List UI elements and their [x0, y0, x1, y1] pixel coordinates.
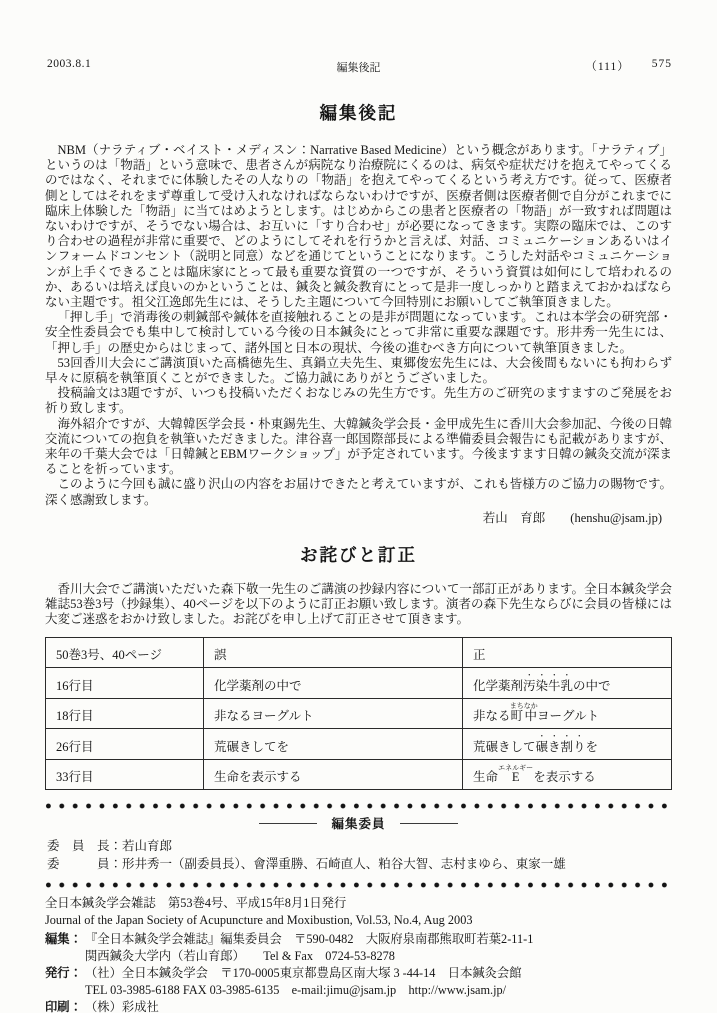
- page-number: 575: [652, 58, 672, 74]
- dotted-separator: [45, 802, 672, 810]
- row-line-number: 26行目: [46, 729, 204, 760]
- colophon-row: 関西鍼灸大学内（若山育郎） Tel & Fax 0724-53-8278: [45, 948, 672, 965]
- editorial-paragraph: 53回香川大会にご講演頂いた高橋徳先生、真鍋立夫先生、東郷俊宏先生には、大会後間…: [45, 356, 672, 386]
- running-head: 2003.8.1 編集後記 （111） 575: [45, 58, 672, 74]
- colophon-row: 全日本鍼灸学会雑誌 第53巻4号、平成15年8月1日発行: [45, 895, 672, 912]
- editorial-body: NBM（ナラティブ・ベイスト・メディスン：Narrative Based Med…: [45, 143, 672, 508]
- colophon-row: 印刷： （株）彩成社: [45, 999, 672, 1013]
- running-head-title: 編集後記: [45, 59, 672, 75]
- table-header-right: 正: [463, 638, 672, 668]
- colophon-journal-jp: 全日本鍼灸学会雑誌 第53巻4号、平成15年8月1日発行: [45, 895, 346, 912]
- colophon-printer-name: （株）彩成社: [85, 999, 159, 1013]
- row-wrong-text: 生命を表示する: [204, 760, 463, 790]
- colophon-row: 発行： （社）全日本鍼灸学会 〒170-0005東京都豊島区南大塚 3 -44-…: [45, 965, 672, 982]
- editor-signature: 若山 育郎 (henshu@jsam.jp): [45, 511, 672, 526]
- journal-page: 2003.8.1 編集後記 （111） 575 編集後記 NBM（ナラティブ・ベ…: [0, 0, 717, 1013]
- colophon-row: 編集： 『全日本鍼灸学会雑誌』編集委員会 〒590-0482 大阪府泉南郡熊取町…: [45, 931, 672, 948]
- colophon-publisher-contact: TEL 03-3985-6188 FAX 03-3985-6135 e-mail…: [85, 982, 506, 999]
- table-row: 18行目 非なるヨーグルト 非なる町中まちなかヨーグルト: [46, 699, 672, 729]
- colophon-publisher-label: 発行：: [45, 965, 85, 982]
- heading-rule-right: [400, 823, 458, 824]
- table-header-row: 50巻3号、40ページ 誤 正: [46, 638, 672, 668]
- table-row: 16行目 化学薬剤の中で 化学薬剤汚染牛乳の中で: [46, 668, 672, 699]
- colophon-journal-en: Journal of the Japan Society of Acupunct…: [45, 912, 473, 929]
- editorial-paragraph: 海外紹介ですが、大韓韓医学会長・朴東錫先生、大韓鍼灸学会長・金甲成先生に香川大会…: [45, 417, 672, 478]
- row-corrected-text: 生命 Eエネルギー を表示する: [463, 760, 672, 790]
- colophon-edit-contact: 関西鍼灸大学内（若山育郎） Tel & Fax 0724-53-8278: [85, 948, 395, 965]
- colophon-edit-label: 編集：: [45, 931, 85, 948]
- dotted-separator: [45, 881, 672, 889]
- colophon-publisher-address: （社）全日本鍼灸学会 〒170-0005東京都豊島区南大塚 3 -44-14 日…: [85, 965, 522, 982]
- row-corrected-text: 荒碾きして碾き割りを: [463, 729, 672, 760]
- committee-heading-label: 編集委員: [331, 814, 385, 832]
- row-line-number: 18行目: [46, 699, 204, 729]
- colophon: 全日本鍼灸学会雑誌 第53巻4号、平成15年8月1日発行 Journal of …: [45, 895, 672, 1013]
- editorial-paragraph: 投稿論文は3題ですが、いつも投稿いただくおなじみの先生方です。先生方のご研究のま…: [45, 386, 672, 416]
- colophon-row: TEL 03-3985-6188 FAX 03-3985-6135 e-mail…: [45, 982, 672, 999]
- row-corrected-text: 化学薬剤汚染牛乳の中で: [463, 668, 672, 699]
- editorial-paragraph: 「押し手」で消毒後の刺鍼部や鍼体を直接触れることの是非が問題になっています。これ…: [45, 310, 672, 356]
- table-header-location: 50巻3号、40ページ: [46, 638, 204, 668]
- editorial-title: 編集後記: [45, 100, 672, 125]
- row-corrected-text: 非なる町中まちなかヨーグルト: [463, 699, 672, 729]
- table-row: 33行目 生命を表示する 生命 Eエネルギー を表示する: [46, 760, 672, 790]
- correction-table: 50巻3号、40ページ 誤 正 16行目 化学薬剤の中で 化学薬剤汚染牛乳の中で…: [45, 637, 672, 790]
- table-row: 26行目 荒碾きしてを 荒碾きして碾き割りを: [46, 729, 672, 760]
- committee-chair: 委 員 長：若山育郎: [45, 838, 672, 856]
- row-line-number: 33行目: [46, 760, 204, 790]
- heading-rule-left: [259, 823, 317, 824]
- correction-intro-wrap: 香川大会でご講演いただいた森下敬一先生のご講演の抄録内容について一部訂正がありま…: [45, 582, 672, 628]
- row-wrong-text: 化学薬剤の中で: [204, 668, 463, 699]
- colophon-row: Journal of the Japan Society of Acupunct…: [45, 912, 672, 929]
- page-number-paren: （111）: [585, 58, 629, 74]
- editorial-paragraph: このように今回も誠に盛り沢山の内容をお届けできたと考えていますが、これも皆様方の…: [45, 477, 672, 507]
- colophon-printer-label: 印刷：: [45, 999, 85, 1013]
- editorial-paragraph: NBM（ナラティブ・ベイスト・メディスン：Narrative Based Med…: [45, 143, 672, 310]
- page-numbers: （111） 575: [585, 58, 672, 74]
- correction-intro: 香川大会でご講演いただいた森下敬一先生のご講演の抄録内容について一部訂正がありま…: [45, 582, 672, 628]
- row-wrong-text: 非なるヨーグルト: [204, 699, 463, 729]
- table-header-wrong: 誤: [204, 638, 463, 668]
- correction-title: お詫びと訂正: [45, 542, 672, 567]
- row-wrong-text: 荒碾きしてを: [204, 729, 463, 760]
- colophon-edit-address: 『全日本鍼灸学会雑誌』編集委員会 〒590-0482 大阪府泉南郡熊取町若葉2-…: [85, 931, 533, 948]
- committee-heading: 編集委員: [45, 814, 672, 832]
- row-line-number: 16行目: [46, 668, 204, 699]
- committee-members: 委 員：形井秀一（副委員長）、會澤重勝、石崎直人、粕谷大智、志村まゆら、東家一雄: [45, 856, 672, 874]
